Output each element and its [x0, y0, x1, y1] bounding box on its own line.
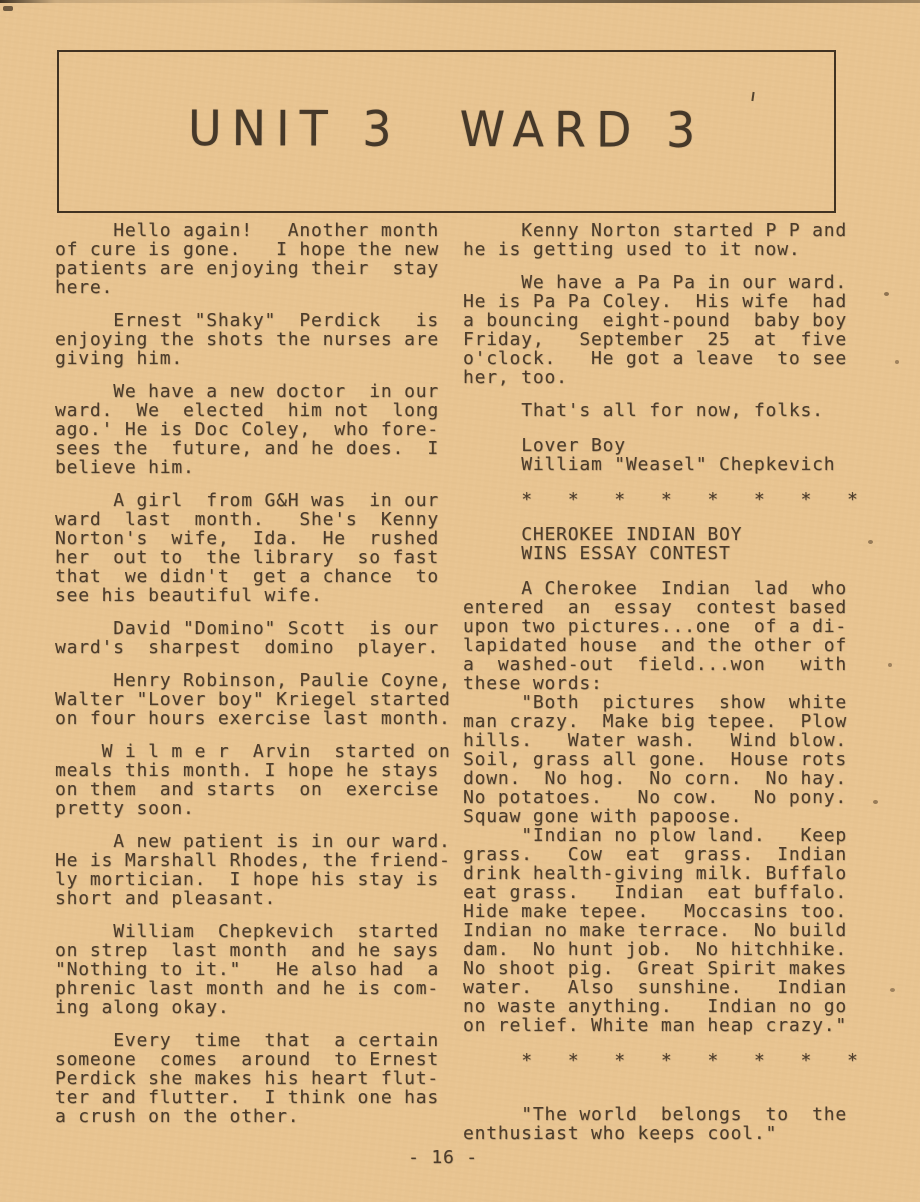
footer: - 16 - — [0, 1148, 886, 1167]
paragraph: A Cherokee Indian lad who entered an ess… — [463, 579, 863, 693]
paragraph: "Both pictures show white man crazy. Mak… — [463, 693, 863, 826]
paragraph: Henry Robinson, Paulie Coyne, Walter "Lo… — [55, 671, 455, 728]
paragraph: A new patient is in our ward. He is Mars… — [55, 832, 455, 908]
title-unit: UNIT 3 — [188, 99, 402, 157]
right-column: Kenny Norton started P P and he is getti… — [463, 221, 863, 1143]
asterisk-divider: * * * * * * * * — [463, 490, 863, 509]
section-heading: CHEROKEE INDIAN BOY WINS ESSAY CONTEST — [463, 525, 863, 563]
title-ward: WARD 3 — [459, 100, 705, 158]
paragraph: We have a Pa Pa in our ward. He is Pa Pa… — [463, 273, 863, 387]
paper-speck — [895, 360, 899, 364]
paragraph: "Indian no plow land. Keep grass. Cow ea… — [463, 826, 863, 1035]
paper-speck — [888, 663, 892, 667]
scan-edge-artifact — [0, 0, 920, 3]
header-box: UNIT 3 WARD 3 — [57, 50, 836, 213]
paragraph: David "Domino" Scott is our ward's sharp… — [55, 619, 455, 657]
page-number: - 16 - — [408, 1148, 478, 1167]
paragraph: That's all for now, folks. — [463, 401, 863, 420]
paragraph: Ernest "Shaky" Perdick is enjoying the s… — [55, 311, 455, 368]
paper-speck — [884, 292, 889, 296]
paragraph: Hello again! Another month of cure is go… — [55, 221, 455, 297]
left-column: Hello again! Another month of cure is go… — [55, 221, 455, 1143]
paper-speck — [890, 988, 895, 992]
paper-speck — [3, 6, 13, 11]
paragraph: William Chepkevich started on strep last… — [55, 922, 455, 1017]
paragraph: Kenny Norton started P P and he is getti… — [463, 221, 863, 259]
stray-ink-mark — [751, 92, 754, 101]
closing-quote: "The world belongs to the enthusiast who… — [463, 1105, 863, 1143]
page-title: UNIT 3 WARD 3 — [188, 99, 706, 158]
paragraph: A girl from G&H was in our ward last mon… — [55, 491, 455, 605]
paragraph: Every time that a certain someone comes … — [55, 1031, 455, 1126]
body-columns: Hello again! Another month of cure is go… — [55, 221, 867, 1143]
paper-speck — [873, 800, 878, 804]
paragraph: We have a new doctor in our ward. We ele… — [55, 382, 455, 477]
asterisk-divider: * * * * * * * * — [463, 1051, 863, 1070]
newsletter-page: UNIT 3 WARD 3 Hello again! Another month… — [0, 0, 920, 1202]
paragraph: W i l m e r Arvin started on meals this … — [55, 742, 455, 818]
paper-speck — [868, 540, 873, 544]
signature: Lover Boy William "Weasel" Chepkevich — [463, 436, 863, 474]
